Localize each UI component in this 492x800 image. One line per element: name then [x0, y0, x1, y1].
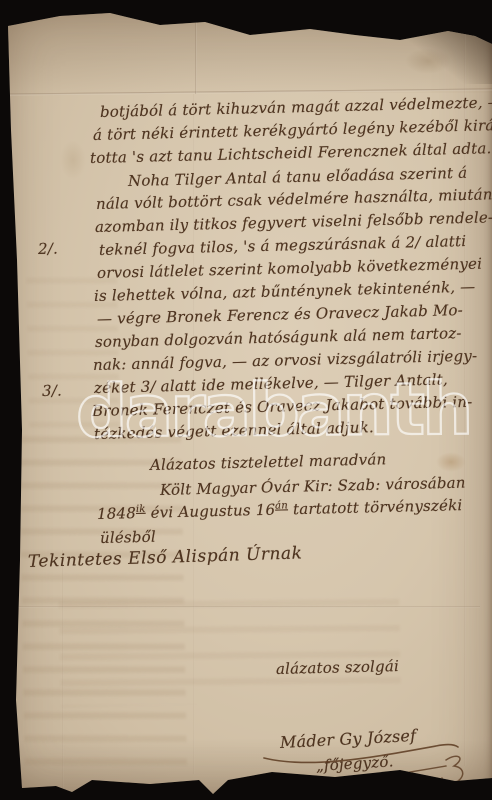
- margin-mark-3: 3/.: [42, 382, 62, 400]
- body-line: nak: annál fogva, — az orvosi vizsgálatr…: [93, 347, 478, 374]
- date-place-line: Költ Magyar Óvár Kir: Szab: városában: [160, 474, 466, 499]
- paper-stain: [405, 48, 451, 74]
- body-line: teknél fogva tilos, 's á megszúrásnak á …: [99, 232, 467, 259]
- body-line: Noha Tilger Antal á tanu előadása szerin…: [128, 164, 468, 190]
- body-line: sonyban dolgozván hatóságunk alá nem tar…: [95, 324, 462, 351]
- photo-background: { "watermark": { "text": "darabanth" }, …: [0, 0, 492, 800]
- date-day-suffix: án: [275, 500, 288, 511]
- date-tail-line: ülésből: [100, 528, 156, 547]
- body-line: Bronek Ferenczet és Oravecz Jakabot tová…: [92, 393, 473, 420]
- fold-crease-vertical-left: [195, 14, 197, 94]
- document-photo: 2/. 3/. botjából á tört kihuzván magát a…: [0, 0, 492, 800]
- closing-salutation: alázatos szolgái: [276, 657, 399, 678]
- margin-mark-2: 2/.: [38, 240, 58, 258]
- date-mid: évi Augustus 16: [150, 501, 275, 522]
- body-line: — végre Bronek Ferencz és Oravecz Jakab …: [97, 301, 463, 328]
- date-year: 1848: [97, 504, 136, 523]
- signature-flourish: [250, 722, 480, 794]
- bleed-through-text: [59, 589, 401, 707]
- body-line: totta 's azt tanu Lichtscheidl Ferenczne…: [90, 139, 492, 167]
- date-rest: tartatott törvényszéki: [293, 496, 463, 518]
- body-line: orvosi látlelet szerint komolyabb követk…: [97, 255, 483, 282]
- date-year-suffix: ik: [136, 504, 146, 515]
- letter-page: 2/. 3/. botjából á tört kihuzván magát a…: [0, 0, 492, 800]
- body-line: is lehettek vólna, azt bűnténynek tekint…: [94, 278, 476, 305]
- valediction: Alázatos tisztelettel maradván: [150, 450, 387, 474]
- paper-stain: [60, 140, 86, 180]
- body-line: tézkedés végett ezennel által adjuk.: [94, 418, 374, 443]
- paper-stain: [436, 452, 466, 472]
- body-line: zéket 3/ alatt ide mellékelve, — Tilger …: [94, 370, 448, 397]
